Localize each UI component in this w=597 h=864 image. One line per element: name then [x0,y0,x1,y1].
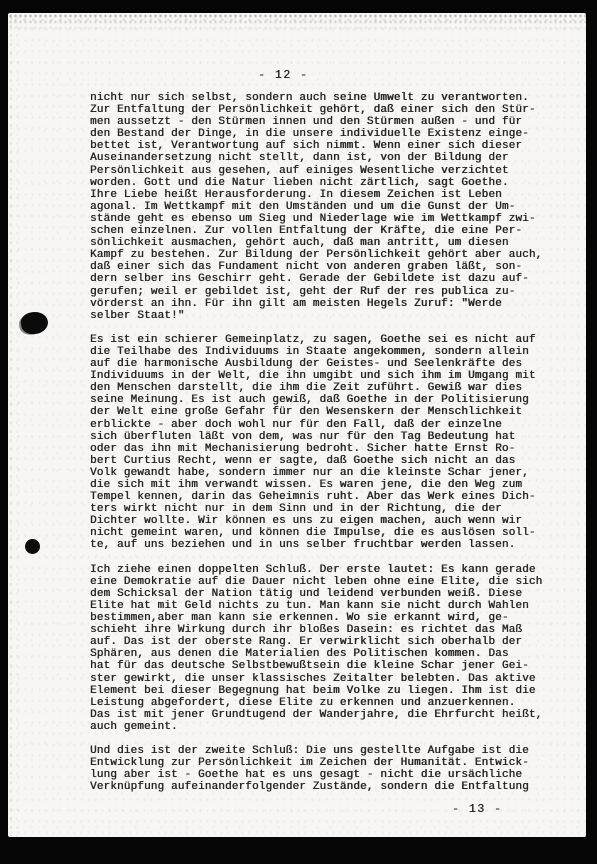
paragraph-1: nicht nur sich selbst, sondern auch sein… [90,92,560,322]
hole-punch-bottom [25,539,40,554]
paragraph-2: Es ist ein schierer Gemeinplatz, zu sage… [90,334,560,552]
scanned-document-page: - 12 - nicht nur sich selbst, sondern au… [0,0,597,864]
scan-noise-left [8,13,22,837]
scan-noise-top [8,13,586,31]
page-number-footer: - 13 - [452,803,502,816]
paragraph-3: Ich ziehe einen doppelten Schluß. Der er… [90,564,560,733]
paragraph-4: Und dies ist der zweite Schluß: Die uns … [90,745,560,793]
page-number-header: - 12 - [258,69,308,82]
document-body: nicht nur sich selbst, sondern auch sein… [90,92,560,793]
